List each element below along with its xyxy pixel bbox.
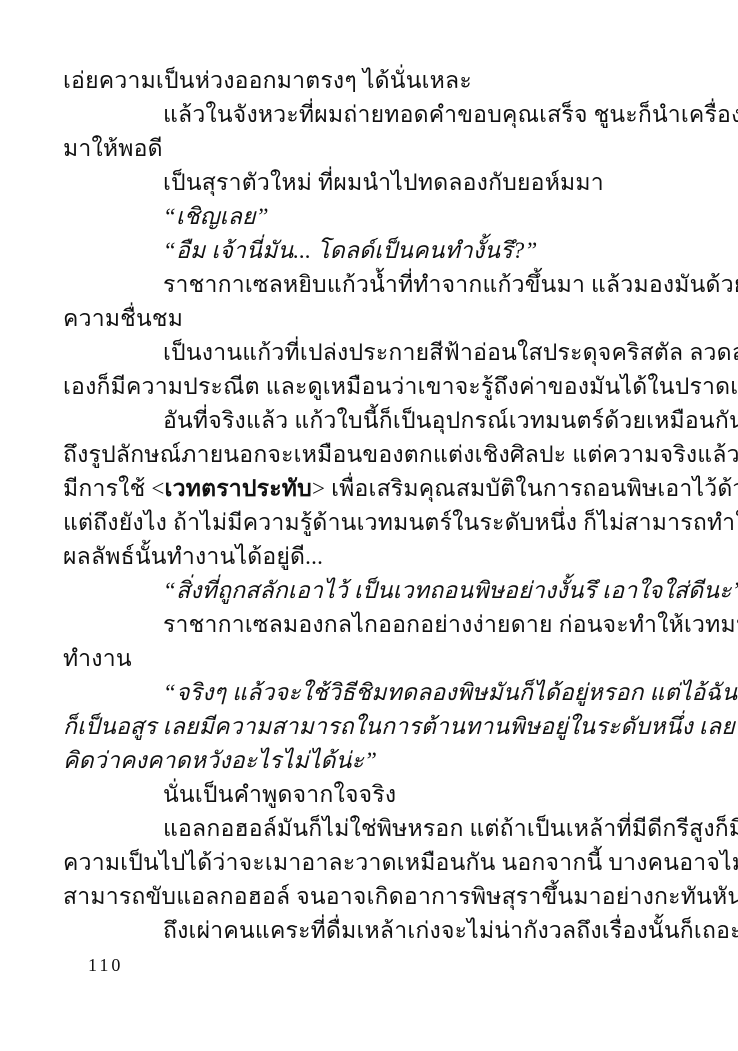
text-line: คิดว่าคงคาดหวังอะไรไม่ได้น่ะ” (63, 744, 683, 778)
text-line: “เชิญเลย” (63, 200, 683, 234)
text-line: “สิ่งที่ถูกสลักเอาไว้ เป็นเวทถอนพิษอย่าง… (63, 574, 683, 608)
text-line: ราชากาเซลหยิบแก้วน้ำที่ทำจากแก้วขึ้นมา แ… (63, 268, 683, 302)
text-line: เองก็มีความประณีต และดูเหมือนว่าเขาจะรู้… (63, 370, 683, 404)
text-segment: ถึงเผ่าคนแคระที่ดื่มเหล้าเก่งจะไม่น่ากัง… (163, 918, 738, 943)
text-segment: ราชากาเซลมองกลไกออกอย่างง่ายดาย ก่อนจะทำ… (163, 612, 738, 637)
text-segment: ความชื่นชม (63, 306, 183, 331)
text-line: แต่ถึงยังไง ถ้าไม่มีความรู้ด้านเวทมนตร์ใ… (63, 506, 683, 540)
bold-term: เวทตราประทับ (165, 476, 312, 501)
text-segment: เป็นงานแก้วที่เปล่งประกายสีฟ้าอ่อนใสประด… (163, 340, 738, 365)
text-line: นั่นเป็นคำพูดจากใจจริง (63, 778, 683, 812)
text-segment: ราชากาเซลหยิบแก้วน้ำที่ทำจากแก้วขึ้นมา แ… (163, 272, 738, 297)
text-segment: แล้วในจังหวะที่ผมถ่ายทอดคำขอบคุณเสร็จ ชู… (163, 102, 738, 127)
text-segment: ทำงาน (63, 646, 132, 671)
text-segment: “อืม เจ้านี่มัน... โดลด์เป็นคนทำงั้นรึ?” (163, 238, 537, 263)
text-line: มีการใช้ <เวทตราประทับ> เพื่อเสริมคุณสมบ… (63, 472, 683, 506)
text-line: เป็นสุราตัวใหม่ ที่ผมนำไปทดลองกับยอห์มมา (63, 166, 683, 200)
text-line: “จริงๆ แล้วจะใช้วิธีชิมทดลองพิษมันก็ได้อ… (63, 676, 683, 710)
text-line: แอลกอฮอล์มันก็ไม่ใช่พิษหรอก แต่ถ้าเป็นเห… (63, 812, 683, 846)
text-segment: มีการใช้ < (63, 476, 165, 501)
text-line: สามารถขับแอลกอฮอล์ จนอาจเกิดอาการพิษสุรา… (63, 880, 683, 914)
text-line: ถึงเผ่าคนแคระที่ดื่มเหล้าเก่งจะไม่น่ากัง… (63, 914, 683, 948)
book-page: เอ่ยความเป็นห่วงออกมาตรงๆ ได้นั่นเหละแล้… (0, 0, 738, 1051)
text-segment: “จริงๆ แล้วจะใช้วิธีชิมทดลองพิษมันก็ได้อ… (163, 680, 738, 705)
text-line: เป็นงานแก้วที่เปล่งประกายสีฟ้าอ่อนใสประด… (63, 336, 683, 370)
text-segment: คิดว่าคงคาดหวังอะไรไม่ได้น่ะ” (63, 748, 377, 773)
page-number: 110 (88, 955, 123, 976)
text-segment: เองก็มีความประณีต และดูเหมือนว่าเขาจะรู้… (63, 374, 738, 399)
text-line: ก็เป็นอสูร เลยมีความสามารถในการต้านทานพิ… (63, 710, 683, 744)
text-segment: เป็นสุราตัวใหม่ ที่ผมนำไปทดลองกับยอห์มมา (163, 170, 604, 195)
text-segment: แต่ถึงยังไง ถ้าไม่มีความรู้ด้านเวทมนตร์ใ… (63, 510, 738, 535)
text-segment: ความเป็นไปได้ว่าจะเมาอาละวาดเหมือนกัน นอ… (63, 850, 738, 875)
text-segment: สามารถขับแอลกอฮอล์ จนอาจเกิดอาการพิษสุรา… (63, 884, 738, 909)
text-segment: มาให้พอดี (63, 136, 163, 161)
text-segment: “สิ่งที่ถูกสลักเอาไว้ เป็นเวทถอนพิษอย่าง… (163, 578, 738, 603)
text-line: “อืม เจ้านี่มัน... โดลด์เป็นคนทำงั้นรึ?” (63, 234, 683, 268)
text-line: ถึงรูปลักษณ์ภายนอกจะเหมือนของตกแต่งเชิงศ… (63, 438, 683, 472)
text-segment: ก็เป็นอสูร เลยมีความสามารถในการต้านทานพิ… (63, 714, 735, 739)
page-text-block: เอ่ยความเป็นห่วงออกมาตรงๆ ได้นั่นเหละแล้… (63, 64, 683, 948)
text-line: มาให้พอดี (63, 132, 683, 166)
text-line: เอ่ยความเป็นห่วงออกมาตรงๆ ได้นั่นเหละ (63, 64, 683, 98)
text-line: แล้วในจังหวะที่ผมถ่ายทอดคำขอบคุณเสร็จ ชู… (63, 98, 683, 132)
text-line: ทำงาน (63, 642, 683, 676)
text-segment: อันที่จริงแล้ว แก้วใบนี้ก็เป็นอุปกรณ์เวท… (163, 408, 738, 433)
text-segment: แอลกอฮอล์มันก็ไม่ใช่พิษหรอก แต่ถ้าเป็นเห… (163, 816, 738, 841)
text-line: ความชื่นชม (63, 302, 683, 336)
text-segment: เอ่ยความเป็นห่วงออกมาตรงๆ ได้นั่นเหละ (63, 68, 472, 93)
text-line: ความเป็นไปได้ว่าจะเมาอาละวาดเหมือนกัน นอ… (63, 846, 683, 880)
text-segment: ถึงรูปลักษณ์ภายนอกจะเหมือนของตกแต่งเชิงศ… (63, 442, 738, 467)
text-line: ผลลัพธ์นั้นทำงานได้อยู่ดี... (63, 540, 683, 574)
text-segment: ผลลัพธ์นั้นทำงานได้อยู่ดี... (63, 544, 323, 569)
text-line: ราชากาเซลมองกลไกออกอย่างง่ายดาย ก่อนจะทำ… (63, 608, 683, 642)
text-segment: นั่นเป็นคำพูดจากใจจริง (163, 782, 396, 807)
text-line: อันที่จริงแล้ว แก้วใบนี้ก็เป็นอุปกรณ์เวท… (63, 404, 683, 438)
text-segment: > เพื่อเสริมคุณสมบัติในการถอนพิษเอาไว้ด้… (312, 476, 738, 501)
text-segment: “เชิญเลย” (163, 204, 269, 229)
